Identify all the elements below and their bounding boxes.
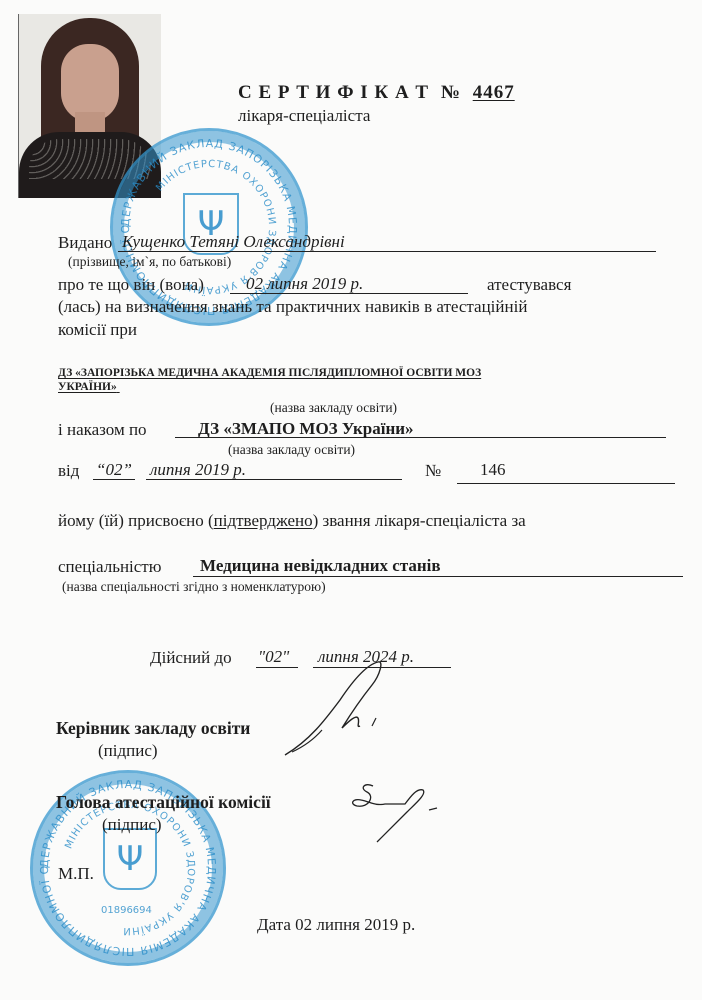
attestation-line2: (лась) на визначення знань та практичних… xyxy=(58,297,527,317)
name-caption: (прізвище, ім`я, по батькові) xyxy=(68,254,231,270)
order-month-underline xyxy=(146,479,402,480)
institution-name-line2: УКРАЇНИ» xyxy=(58,381,157,393)
attestation-date: 02 липня 2019 р. xyxy=(246,274,363,294)
issue-date: Дата 02 липня 2019 р. xyxy=(257,915,415,935)
svg-text:01896694: 01896694 xyxy=(101,905,152,916)
seal-label: М.П. xyxy=(58,864,94,884)
attestation-line3: комісії при xyxy=(58,320,137,340)
head-signature-caption: (підпис) xyxy=(98,741,158,761)
title-assigned-text: йому (їй) присвоєно (підтверджено) званн… xyxy=(58,511,526,531)
specialty-prefix: спеціальністю xyxy=(58,557,161,577)
order-number-underline xyxy=(457,483,675,484)
order-day-underline xyxy=(93,479,135,480)
commission-signature-caption: (підпис) xyxy=(102,815,162,835)
attestation-date-underline xyxy=(230,293,468,294)
institution-caption: (назва закладу освіти) xyxy=(270,400,397,416)
commission-signature-icon xyxy=(345,778,445,843)
institution-name-line1: ДЗ «ЗАПОРІЗЬКА МЕДИЧНА АКАДЕМІЯ ПІСЛЯДИП… xyxy=(58,367,481,379)
holder-name: Кущенко Тетяні Олександрівні xyxy=(122,232,345,252)
order-prefix: і наказом по xyxy=(58,420,147,440)
order-date-prefix: від xyxy=(58,461,79,481)
valid-until-label: Дійсний до xyxy=(150,648,232,668)
attestation-prefix: про те що він (вона) xyxy=(58,275,204,295)
name-underline xyxy=(118,251,656,252)
order-institution-underline xyxy=(175,437,666,438)
attestation-suffix: атестувався xyxy=(487,275,571,295)
order-day: “02” xyxy=(96,460,132,480)
specialty-caption: (назва спеціальності згідно з номенклату… xyxy=(62,579,326,595)
confirmed-option: підтверджено xyxy=(214,511,313,530)
commission-signature-label: Голова атестаційної комісії xyxy=(56,792,271,813)
trident-emblem-icon: Ψ xyxy=(103,828,157,890)
head-signature-icon xyxy=(280,660,400,760)
order-caption: (назва закладу освіти) xyxy=(228,442,355,458)
specialty-value: Медицина невідкладних станів xyxy=(200,556,441,576)
order-number-sign: № xyxy=(425,461,441,481)
specialty-underline xyxy=(193,576,683,577)
head-signature-label: Керівник закладу освіти xyxy=(56,718,250,739)
order-institution: ДЗ «ЗМАПО МОЗ України» xyxy=(198,419,414,439)
certificate-subtitle: лікаря-спеціаліста xyxy=(238,106,370,126)
certificate-number: 4467 xyxy=(473,82,529,103)
order-month-year: липня 2019 р. xyxy=(150,460,246,480)
issued-label: Видано xyxy=(58,233,112,253)
order-number: 146 xyxy=(480,460,506,480)
certificate-title: С Е Р Т И Ф І К А Т № 4467 xyxy=(238,82,529,104)
